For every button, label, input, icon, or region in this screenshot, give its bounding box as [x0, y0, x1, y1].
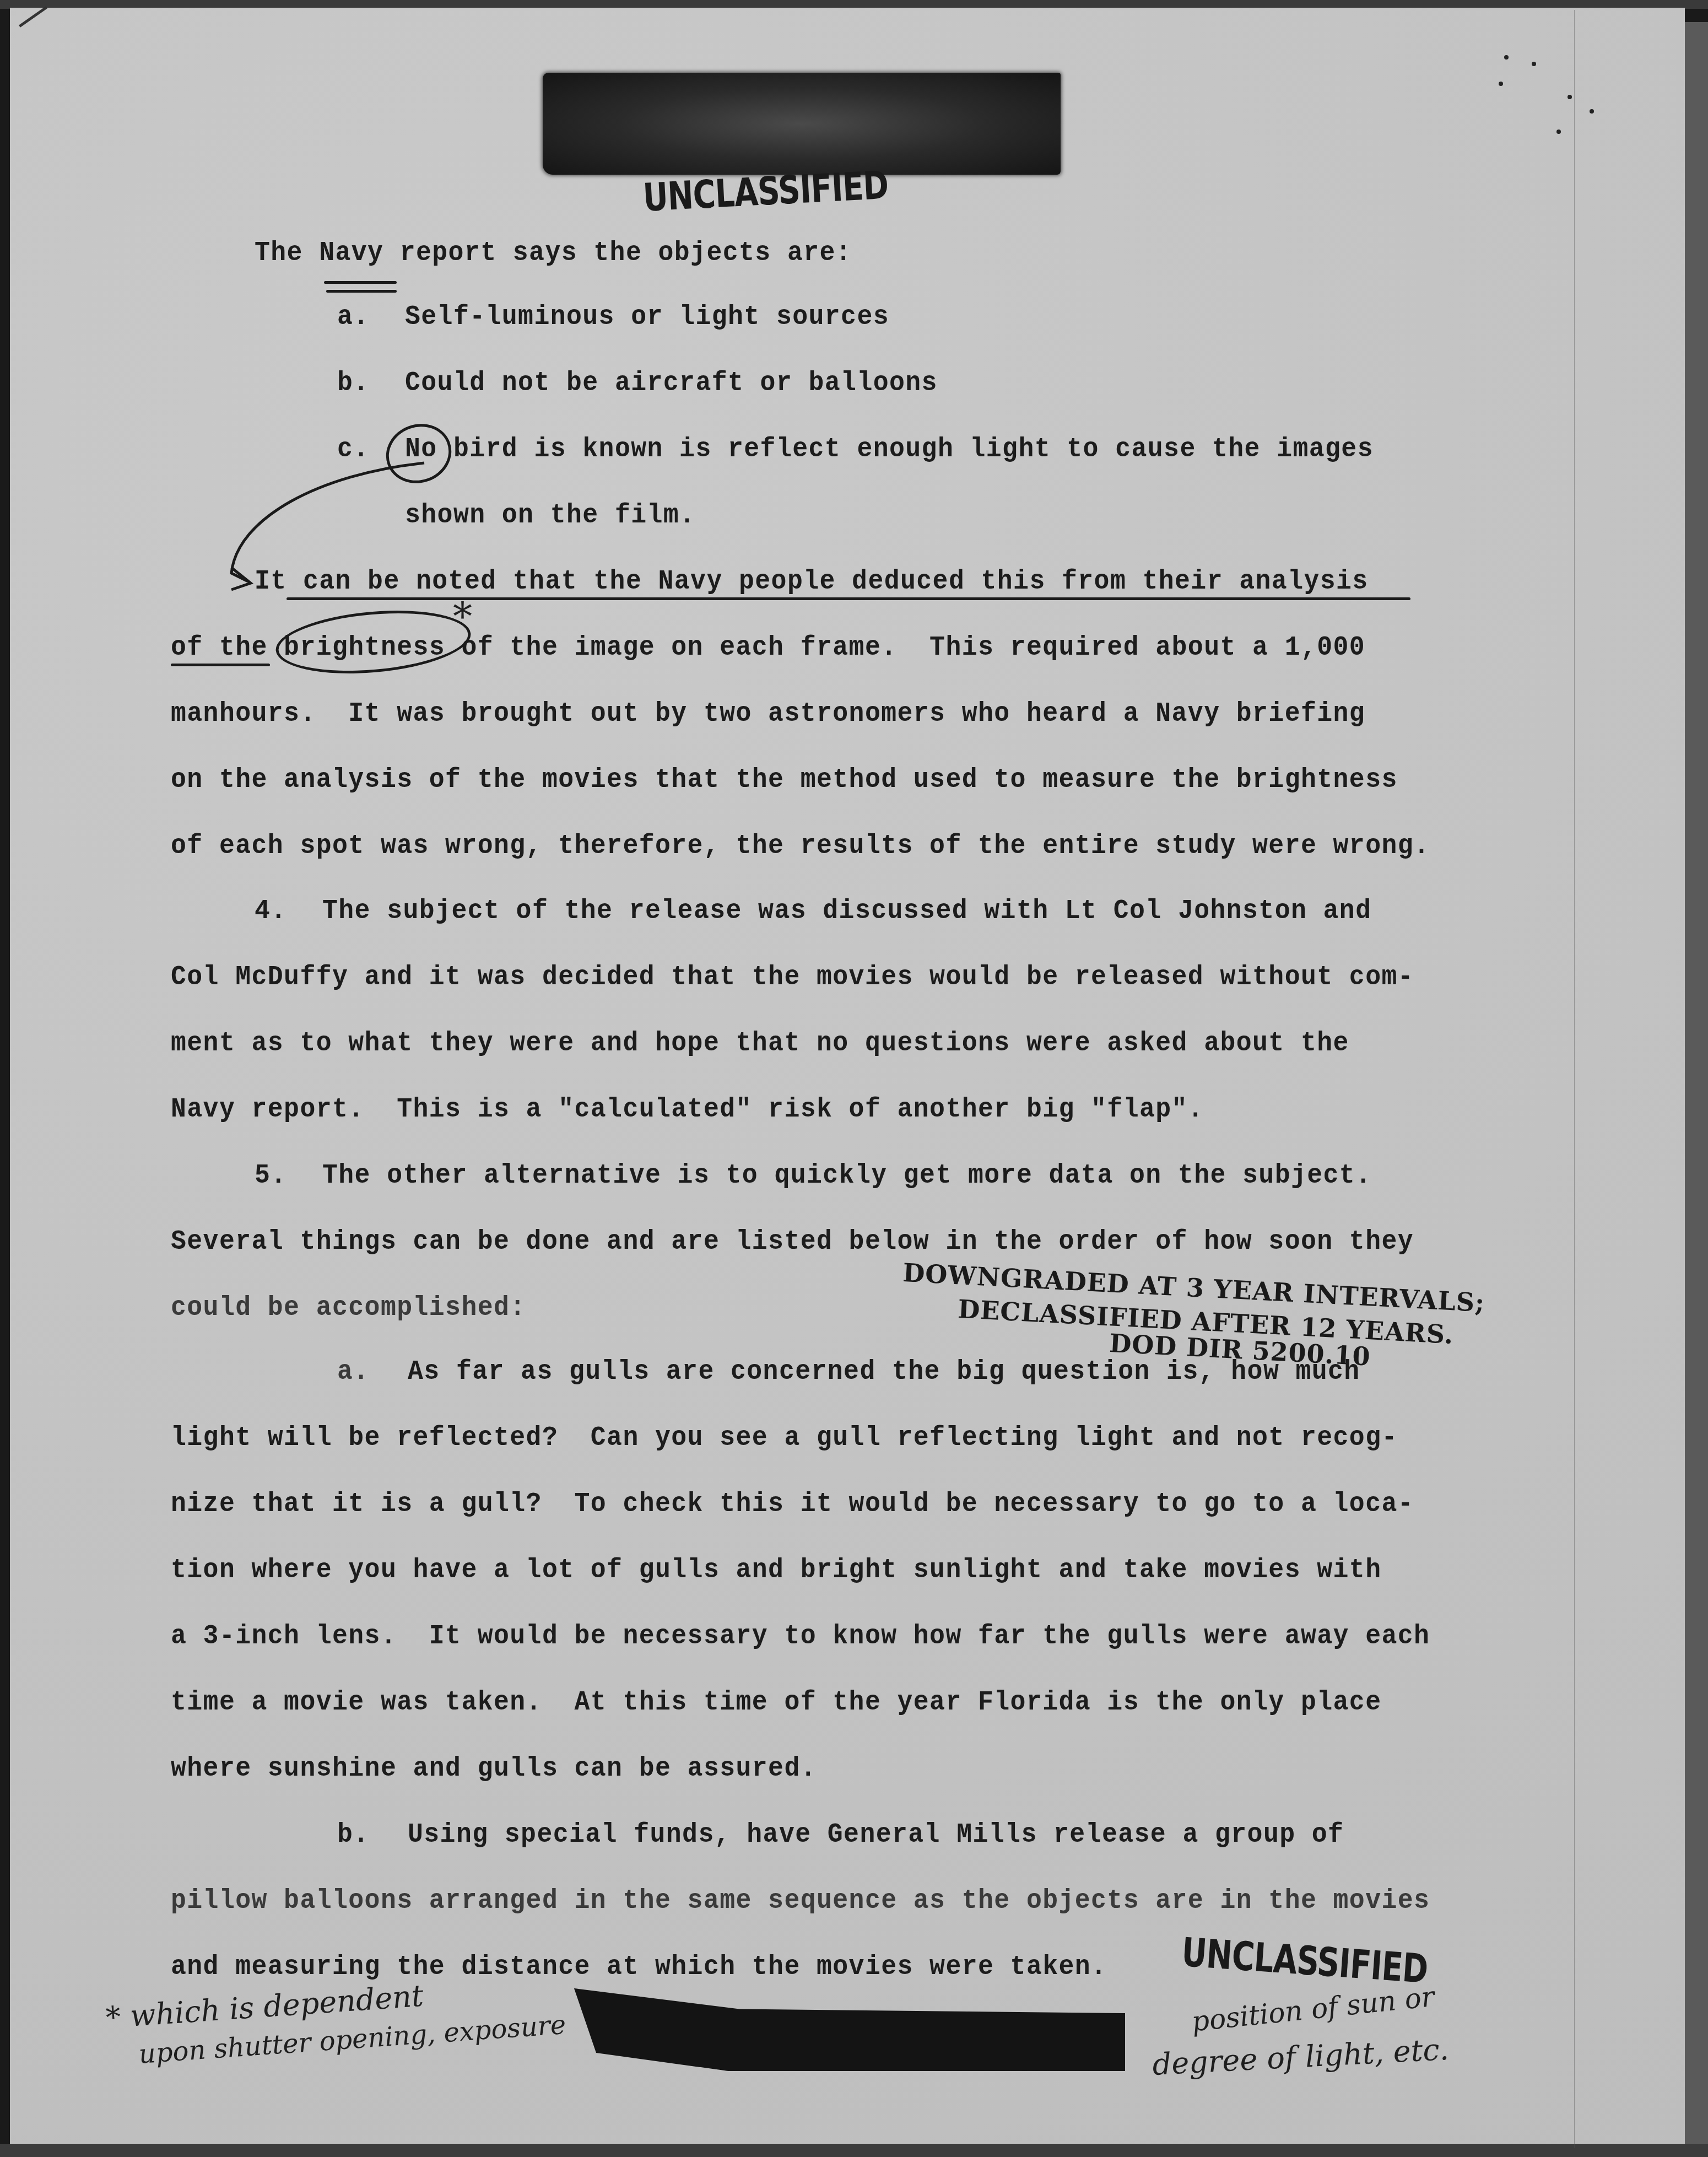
speck — [1556, 130, 1561, 134]
item-a-line-2: light will be reflected? Can you see a g… — [171, 1422, 1398, 1455]
item-b-line-1: Using special funds, have General Mills … — [408, 1819, 1344, 1852]
note-line-4: on the analysis of the movies that the m… — [171, 764, 1398, 797]
item-a-line-1: As far as gulls are concerned the big qu… — [408, 1356, 1360, 1389]
speck — [1499, 82, 1503, 86]
navy-list-marker-a: a. — [337, 301, 370, 334]
scan-bottom-border — [0, 2144, 1708, 2157]
para4-line-2: Col McDuffy and it was decided that the … — [171, 961, 1414, 994]
note-underline-2 — [171, 664, 270, 666]
para5-number: 5. — [255, 1160, 287, 1193]
intro-line: The Navy report says the objects are: — [255, 237, 852, 270]
note-line-3: manhours. It was brought out by two astr… — [171, 698, 1365, 731]
redaction-block-top — [543, 73, 1061, 175]
para5-line-3: could be accomplished: — [171, 1292, 526, 1325]
fold-line — [1574, 10, 1575, 2148]
note-line-1: It can be noted that the Navy people ded… — [255, 565, 1369, 598]
navy-list-marker-b: b. — [337, 367, 370, 400]
item-a-line-7: where sunshine and gulls can be assured. — [171, 1752, 817, 1786]
navy-double-underline — [324, 281, 397, 284]
para4-line-1: The subject of the release was discussed… — [322, 895, 1371, 928]
para5-line-2: Several things can be done and are liste… — [171, 1226, 1414, 1259]
para4-line-4: Navy report. This is a "calculated" risk… — [171, 1093, 1204, 1126]
scan-right-border — [1685, 22, 1708, 2144]
navy-list-item-a: Self-luminous or light sources — [405, 301, 889, 334]
para4-line-3: ment as to what they were and hope that … — [171, 1027, 1349, 1060]
navy-list-item-c: No bird is known is reflect enough light… — [405, 433, 1374, 466]
item-b-line-2: pillow balloons arranged in the same seq… — [171, 1885, 1430, 1918]
item-a-line-3: nize that it is a gull? To check this it… — [171, 1488, 1414, 1521]
navy-list-item-c-continuation: shown on the film. — [405, 499, 695, 532]
speck — [1532, 62, 1536, 66]
note-line-5: of each spot was wrong, therefore, the r… — [171, 830, 1430, 863]
item-a-line-4: tion where you have a lot of gulls and b… — [171, 1554, 1381, 1587]
item-b-line-3: and measuring the distance at which the … — [171, 1951, 1107, 1984]
item-a-marker: a. — [337, 1356, 370, 1389]
navy-double-underline-2 — [326, 290, 397, 293]
asterisk-mark: * — [453, 594, 472, 639]
speck — [1590, 109, 1594, 114]
item-a-line-5: a 3-inch lens. It would be necessary to … — [171, 1620, 1430, 1653]
para4-number: 4. — [255, 895, 287, 928]
navy-list-item-b: Could not be aircraft or balloons — [405, 367, 938, 400]
item-b-marker: b. — [337, 1819, 370, 1852]
para5-line-1: The other alternative is to quickly get … — [322, 1160, 1371, 1193]
speck — [1504, 55, 1509, 60]
item-a-line-6: time a movie was taken. At this time of … — [171, 1686, 1381, 1719]
speck — [1568, 95, 1572, 99]
